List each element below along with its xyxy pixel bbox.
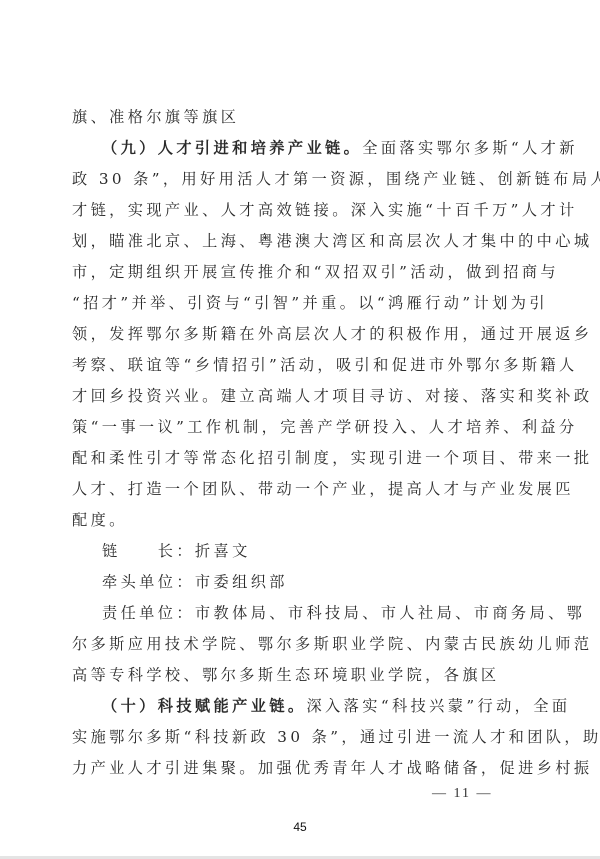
scan-page-number: 45	[0, 820, 600, 834]
text-line: 力产业人才引进集聚。加强优秀青年人才战略储备，促进乡村振	[72, 753, 528, 784]
text-span: 深入落实“科技兴蒙”行动，全面	[306, 697, 570, 715]
section-ten-heading-line: （十）科技赋能产业链。深入落实“科技兴蒙”行动，全面	[102, 691, 528, 722]
text-line: 高等专科学校、鄂尔多斯生态环境职业学院，各旗区	[72, 660, 528, 691]
text-line: 旗、准格尔旗等旗区	[72, 102, 528, 133]
chain-leader-line: 链 长：折喜文	[102, 536, 528, 567]
text-line: 考察、联谊等“乡情招引”活动，吸引和促进市外鄂尔多斯籍人	[72, 350, 528, 381]
section-ten-title: （十）科技赋能产业链。	[102, 697, 306, 715]
text-line: 策“一事一议”工作机制，完善产学研投入、人才培养、利益分	[72, 412, 528, 443]
text-line: 尔多斯应用技术学院、鄂尔多斯职业学院、内蒙古民族幼儿师范	[72, 629, 528, 660]
text-span: 全面落实鄂尔多斯“人才新	[362, 139, 578, 157]
text-line: 配度。	[72, 505, 528, 536]
responsible-units-line: 责任单位：市教体局、市科技局、市人社局、市商务局、鄂	[102, 598, 528, 629]
text-line: 政 30 条”，用好用活人才第一资源，围绕产业链、创新链布局人	[72, 164, 528, 195]
section-nine-title: （九）人才引进和培养产业链。	[102, 139, 362, 157]
section-nine-heading-line: （九）人才引进和培养产业链。全面落实鄂尔多斯“人才新	[102, 133, 528, 164]
text-line: 市，定期组织开展宣传推介和“双招双引”活动，做到招商与	[72, 257, 528, 288]
text-line: 领，发挥鄂尔多斯籍在外高层次人才的积极作用，通过开展返乡	[72, 319, 528, 350]
text-line: 实施鄂尔多斯“科技新政 30 条”，通过引进一流人才和团队，助	[72, 722, 528, 753]
text-line: 人才、打造一个团队、带动一个产业，提高人才与产业发展匹	[72, 474, 528, 505]
text-line: “招才”并举、引资与“引智”并重。以“鸿雁行动”计划为引	[72, 288, 528, 319]
page-number: — 11 —	[432, 786, 492, 802]
text-line: 才链，实现产业、人才高效链接。深入实施“十百千万”人才计	[72, 195, 528, 226]
document-page: 旗、准格尔旗等旗区 （九）人才引进和培养产业链。全面落实鄂尔多斯“人才新 政 3…	[0, 0, 600, 859]
text-line: 才回乡投资兴业。建立高端人才项目寻访、对接、落实和奖补政	[72, 381, 528, 412]
lead-unit-line: 牵头单位：市委组织部	[102, 567, 528, 598]
text-line: 划，瞄准北京、上海、粤港澳大湾区和高层次人才集中的中心城	[72, 226, 528, 257]
text-line: 配和柔性引才等常态化招引制度，实现引进一个项目、带来一批	[72, 443, 528, 474]
